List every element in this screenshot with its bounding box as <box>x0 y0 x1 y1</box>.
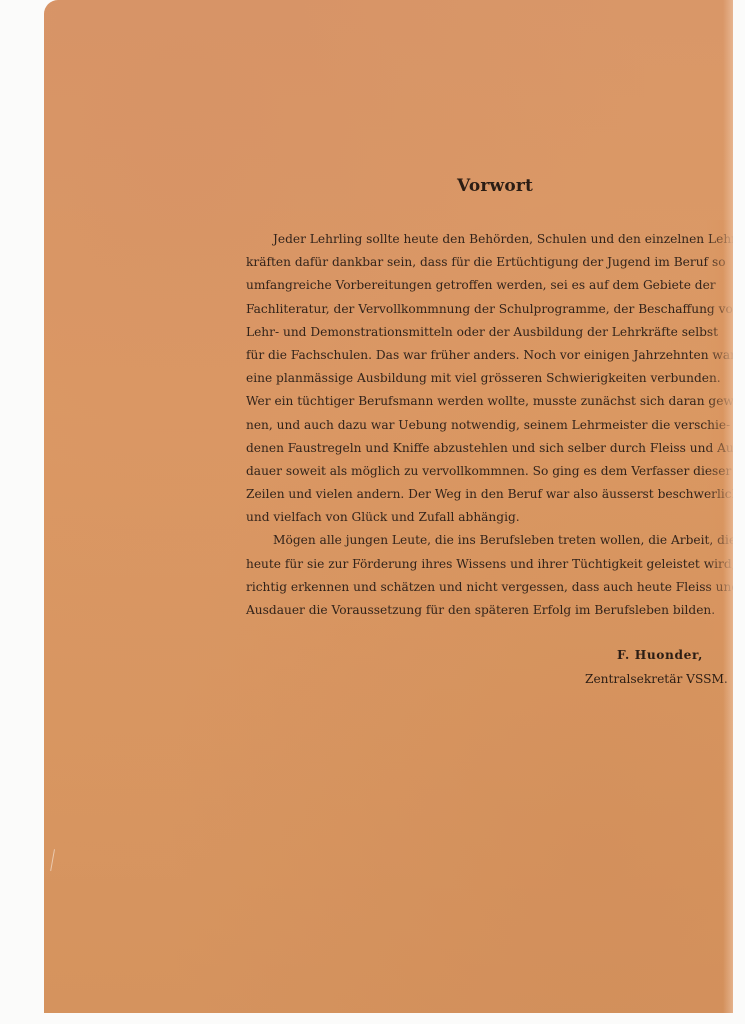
page-title: Vorwort <box>44 176 733 196</box>
text-line: und vielfach von Glück und Zufall abhäng… <box>246 506 733 529</box>
foreword-body: Jeder Lehrling sollte heute den Behörden… <box>246 228 733 622</box>
text-line: nen, und auch dazu war Uebung notwendig,… <box>246 414 733 437</box>
text-line: Ausdauer die Voraussetzung für den späte… <box>246 599 733 622</box>
text-line: Lehr- und Demonstrationsmitteln oder der… <box>246 321 733 344</box>
paper-scratch-mark <box>50 849 65 873</box>
text-line: Zeilen und vielen andern. Der Weg in den… <box>246 483 733 506</box>
text-line: Fachliteratur, der Vervollkommnung der S… <box>246 298 733 321</box>
text-line: Mögen alle jungen Leute, die ins Berufsl… <box>246 529 733 552</box>
text-line: umfangreiche Vorbereitungen getroffen we… <box>246 274 733 297</box>
text-line: kräften dafür dankbar sein, dass für die… <box>246 251 733 274</box>
text-line: richtig erkennen und schätzen und nicht … <box>246 576 733 599</box>
text-line: heute für sie zur Förderung ihres Wissen… <box>246 553 733 576</box>
signature-title: Zentralsekretär VSSM. <box>585 672 728 686</box>
paragraph-2: Mögen alle jungen Leute, die ins Berufsl… <box>246 529 733 622</box>
text-line: dauer soweit als möglich zu vervollkommn… <box>246 460 733 483</box>
text-line: für die Fachschulen. Das war früher ande… <box>246 344 733 367</box>
text-line: Jeder Lehrling sollte heute den Behörden… <box>246 228 733 251</box>
paper-page: Vorwort Jeder Lehrling sollte heute den … <box>44 0 733 1013</box>
text-line: Wer ein tüchtiger Berufsmann werden woll… <box>246 390 733 413</box>
paragraph-1: Jeder Lehrling sollte heute den Behörden… <box>246 228 733 529</box>
text-line: eine planmässige Ausbildung mit viel grö… <box>246 367 733 390</box>
text-line: denen Faustregeln und Kniffe abzustehlen… <box>246 437 733 460</box>
signature-name: F. Huonder, <box>617 648 703 662</box>
